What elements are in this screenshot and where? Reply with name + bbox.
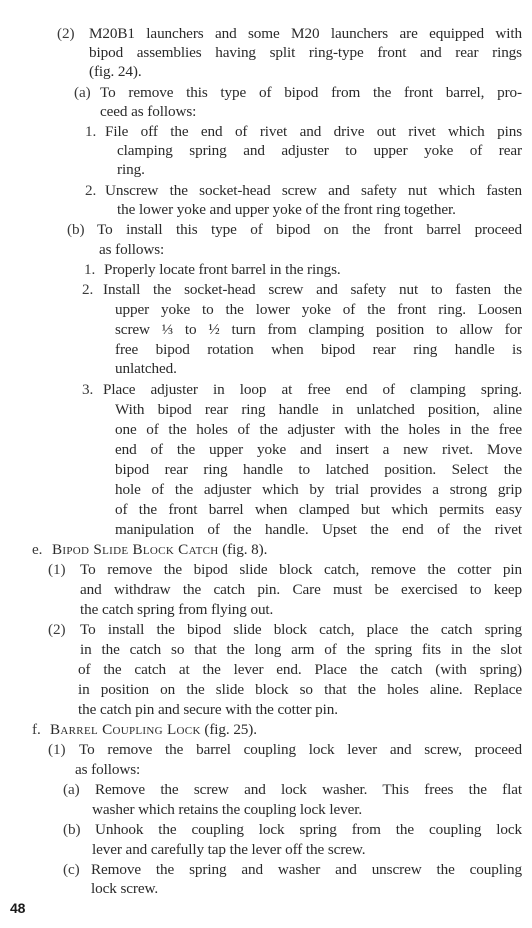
text-line: To remove the barrel coupling lock lever… bbox=[79, 740, 522, 759]
text-line: To remove this type of bipod from the fr… bbox=[100, 83, 522, 102]
text-line: the catch pin and secure with the cotter… bbox=[78, 700, 338, 719]
step-label: 2. bbox=[85, 181, 96, 200]
document-page: (2) M20B1 launchers and some M20 launche… bbox=[0, 0, 532, 928]
text-line: manipulation of the handle. Upset the en… bbox=[115, 520, 522, 539]
text-line: Remove the spring and washer and unscrew… bbox=[91, 860, 522, 879]
text-line: (fig. 24). bbox=[89, 62, 142, 81]
text-line: To install the bipod slide block catch, … bbox=[80, 620, 522, 639]
section-heading-text: Barrel Coupling Lock bbox=[50, 721, 201, 738]
page-number: 48 bbox=[10, 900, 25, 916]
subparagraph-label: (c) bbox=[63, 860, 80, 879]
step-label: 1. bbox=[84, 260, 95, 279]
step-label: 2. bbox=[82, 280, 93, 299]
text-line: Unhook the coupling lock spring from the… bbox=[95, 820, 522, 839]
text-line: To install this type of bipod on the fro… bbox=[97, 220, 522, 239]
text-line: clamping spring and adjuster to upper yo… bbox=[117, 141, 522, 160]
figure-reference: (fig. 25). bbox=[204, 721, 257, 738]
subparagraph-label: (a) bbox=[74, 83, 91, 102]
text-line: as follows: bbox=[75, 760, 140, 779]
text-line: and withdraw the catch pin. Care must be… bbox=[80, 580, 522, 599]
section-heading-text: Bipod Slide Block Catch bbox=[52, 541, 219, 558]
subparagraph-label: (b) bbox=[67, 220, 84, 239]
step-label: 3. bbox=[82, 380, 93, 399]
text-line: the lower yoke and upper yoke of the fro… bbox=[117, 200, 456, 219]
text-line: unlatched. bbox=[115, 359, 177, 378]
text-line: Install the socket-head screw and safety… bbox=[103, 280, 522, 299]
paragraph-label: (2) bbox=[48, 620, 65, 639]
text-line: in position on the slide block so that t… bbox=[78, 680, 522, 699]
subparagraph-label: (b) bbox=[63, 820, 80, 839]
text-line: ring. bbox=[117, 160, 145, 179]
section-heading: Bipod Slide Block Catch (fig. 8). bbox=[52, 540, 267, 559]
text-line: bipod rear ring handle to latched positi… bbox=[115, 460, 522, 479]
text-line: With bipod rear ring handle in unlatched… bbox=[115, 400, 522, 419]
text-line: Place adjuster in loop at free end of cl… bbox=[103, 380, 522, 399]
text-line: Properly locate front barrel in the ring… bbox=[104, 260, 341, 279]
text-line: as follows: bbox=[99, 240, 164, 259]
section-label: e. bbox=[32, 540, 42, 559]
paragraph-label: (2) bbox=[57, 24, 74, 43]
text-line: Unscrew the socket-head screw and safety… bbox=[105, 181, 522, 200]
text-line: Remove the screw and lock washer. This f… bbox=[95, 780, 522, 799]
text-line: lever and carefully tap the lever off th… bbox=[92, 840, 366, 859]
text-line: in the catch so that the long arm of the… bbox=[80, 640, 522, 659]
section-heading: Barrel Coupling Lock (fig. 25). bbox=[50, 720, 257, 739]
text-line: bipod assemblies having split ring-type … bbox=[89, 43, 522, 62]
text-line: washer which retains the coupling lock l… bbox=[92, 800, 362, 819]
text-line: upper yoke to the lower yoke of the fron… bbox=[115, 300, 522, 319]
text-line: M20B1 launchers and some M20 launchers a… bbox=[89, 24, 522, 43]
text-line: of the front barrel when clamped but whi… bbox=[115, 500, 522, 519]
paragraph-label: (1) bbox=[48, 740, 65, 759]
text-line: end of the upper yoke and insert a new r… bbox=[115, 440, 522, 459]
section-label: f. bbox=[32, 720, 41, 739]
text-line: To remove the bipod slide block catch, r… bbox=[80, 560, 522, 579]
text-line: free bipod rotation when bipod rear ring… bbox=[115, 340, 522, 359]
text-line: screw ⅓ to ½ turn from clamping position… bbox=[115, 320, 522, 339]
step-label: 1. bbox=[85, 122, 96, 141]
figure-reference: (fig. 8). bbox=[222, 541, 267, 558]
text-line: File off the end of rivet and drive out … bbox=[105, 122, 522, 141]
text-line: the catch spring from flying out. bbox=[80, 600, 273, 619]
subparagraph-label: (a) bbox=[63, 780, 80, 799]
text-line: lock screw. bbox=[91, 879, 158, 898]
text-line: one of the holes of the adjuster with th… bbox=[115, 420, 522, 439]
paragraph-label: (1) bbox=[48, 560, 65, 579]
text-line: hole of the adjuster which by trial prov… bbox=[115, 480, 522, 499]
text-line: of the catch at the lever end. Place the… bbox=[78, 660, 522, 679]
text-line: ceed as follows: bbox=[100, 102, 196, 121]
